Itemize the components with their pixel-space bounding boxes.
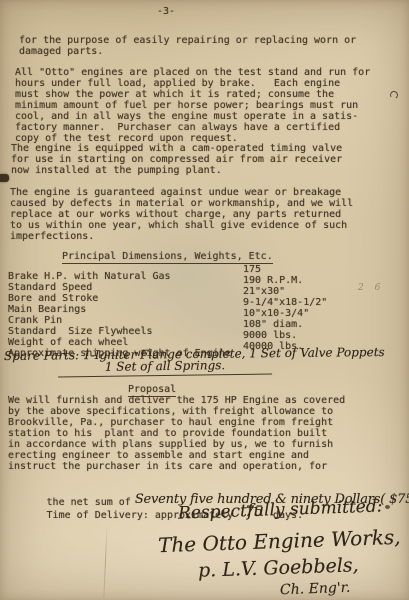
paragraph-guarantee: The engine is guaranteed against undue w… (10, 187, 353, 242)
table-row: Brake H.P. with Natural Gas 175 (8, 264, 231, 275)
signature-name: p. L.V. Goebbels, (198, 554, 359, 582)
dim-value: 9000 lbs. (243, 330, 297, 341)
ink-curl-mark (389, 90, 398, 99)
pencil-annotation: 2 6 (358, 283, 384, 293)
dimensions-heading-text: Principal Dimensions, Weights, Etc. (62, 251, 273, 264)
ink-dot-mark (385, 505, 390, 509)
page-number: -3- (157, 6, 175, 17)
edge-smudge-mark (0, 174, 9, 182)
typed-line: station to his plant and to provide foun… (8, 428, 345, 439)
dim-value: 9-1/4"x18-1/2" (243, 297, 327, 308)
typed-line: The engine is equipped with a cam-operat… (11, 143, 342, 154)
paragraph-test-stand: All "Otto" engines are placed on the tes… (15, 67, 370, 144)
typed-line: for the purpose of easily repairing or r… (19, 35, 356, 46)
paragraph-repair-purpose: for the purpose of easily repairing or r… (19, 35, 356, 57)
typed-line: minimum amount of fuel per horse power; … (15, 100, 370, 111)
proposal-heading: Proposal (128, 377, 176, 397)
table-row: Weight of each wheel 9000 lbs. (8, 330, 231, 341)
dim-value: 190 R.P.M. (243, 275, 303, 286)
typed-line: The engine is guaranteed against undue w… (10, 187, 353, 198)
spare-parts-note-continued: 1 Set of all Springs. (58, 358, 272, 378)
typed-line: to us within one year, which shall give … (10, 220, 353, 231)
typed-line: cool, and in all ways the engine must op… (15, 111, 370, 122)
signature-title: Ch. Eng'r. (280, 580, 351, 598)
typed-line: All "Otto" engines are placed on the tes… (15, 67, 370, 78)
typed-line: factory manner. Purchaser can always hav… (15, 122, 370, 133)
typed-line: must show the power at which it is rated… (15, 89, 370, 100)
typed-line: Brookville, Pa., purchaser to haul engin… (8, 417, 345, 428)
typed-line: imperfections. (10, 231, 353, 242)
typed-line: caused by defects in material or workman… (10, 198, 353, 209)
table-row: Crank Pin 10"x10-3/4" (8, 308, 231, 319)
typed-line: in accordance with plans supplied by us,… (8, 439, 345, 450)
typed-line: We will furnish and deliver the 175 HP E… (8, 395, 345, 406)
dim-value: 21"x30" (243, 286, 285, 297)
table-row: Bore and Stroke 21"x30" (8, 286, 231, 297)
typed-line: for use in starting on compressed air fr… (11, 154, 342, 165)
dimensions-table: Brake H.P. with Natural Gas 175 Standard… (8, 264, 231, 352)
paragraph-timing-valve: The engine is equipped with a cam-operat… (11, 143, 342, 176)
typed-line: hours under full load, applied by brake.… (15, 78, 370, 89)
dim-value: 108" diam. (243, 319, 303, 330)
typed-line: by the above specifications, with freigh… (8, 406, 345, 417)
typed-line: replace at our works without charge, any… (10, 209, 353, 220)
scanned-letter-page: -3- for the purpose of easily repairing … (0, 0, 409, 600)
table-row: Standard Size Flywheels 108" diam. (8, 319, 231, 330)
table-row: Main Bearings 9-1/4"x18-1/2" (8, 297, 231, 308)
dim-value: 175 (243, 264, 261, 275)
proposal-paragraph: We will furnish and deliver the 175 HP E… (8, 395, 345, 472)
typed-line: now installed at the pumping plant. (11, 165, 342, 176)
typed-line: damaged parts. (19, 46, 356, 57)
typed-line: erecting engineer to assemble and start … (8, 450, 345, 461)
table-row: Standard Speed 190 R.P.M. (8, 275, 231, 286)
dim-value: 10"x10-3/4" (243, 308, 309, 319)
dimensions-heading: Principal Dimensions, Weights, Etc. (62, 244, 273, 264)
